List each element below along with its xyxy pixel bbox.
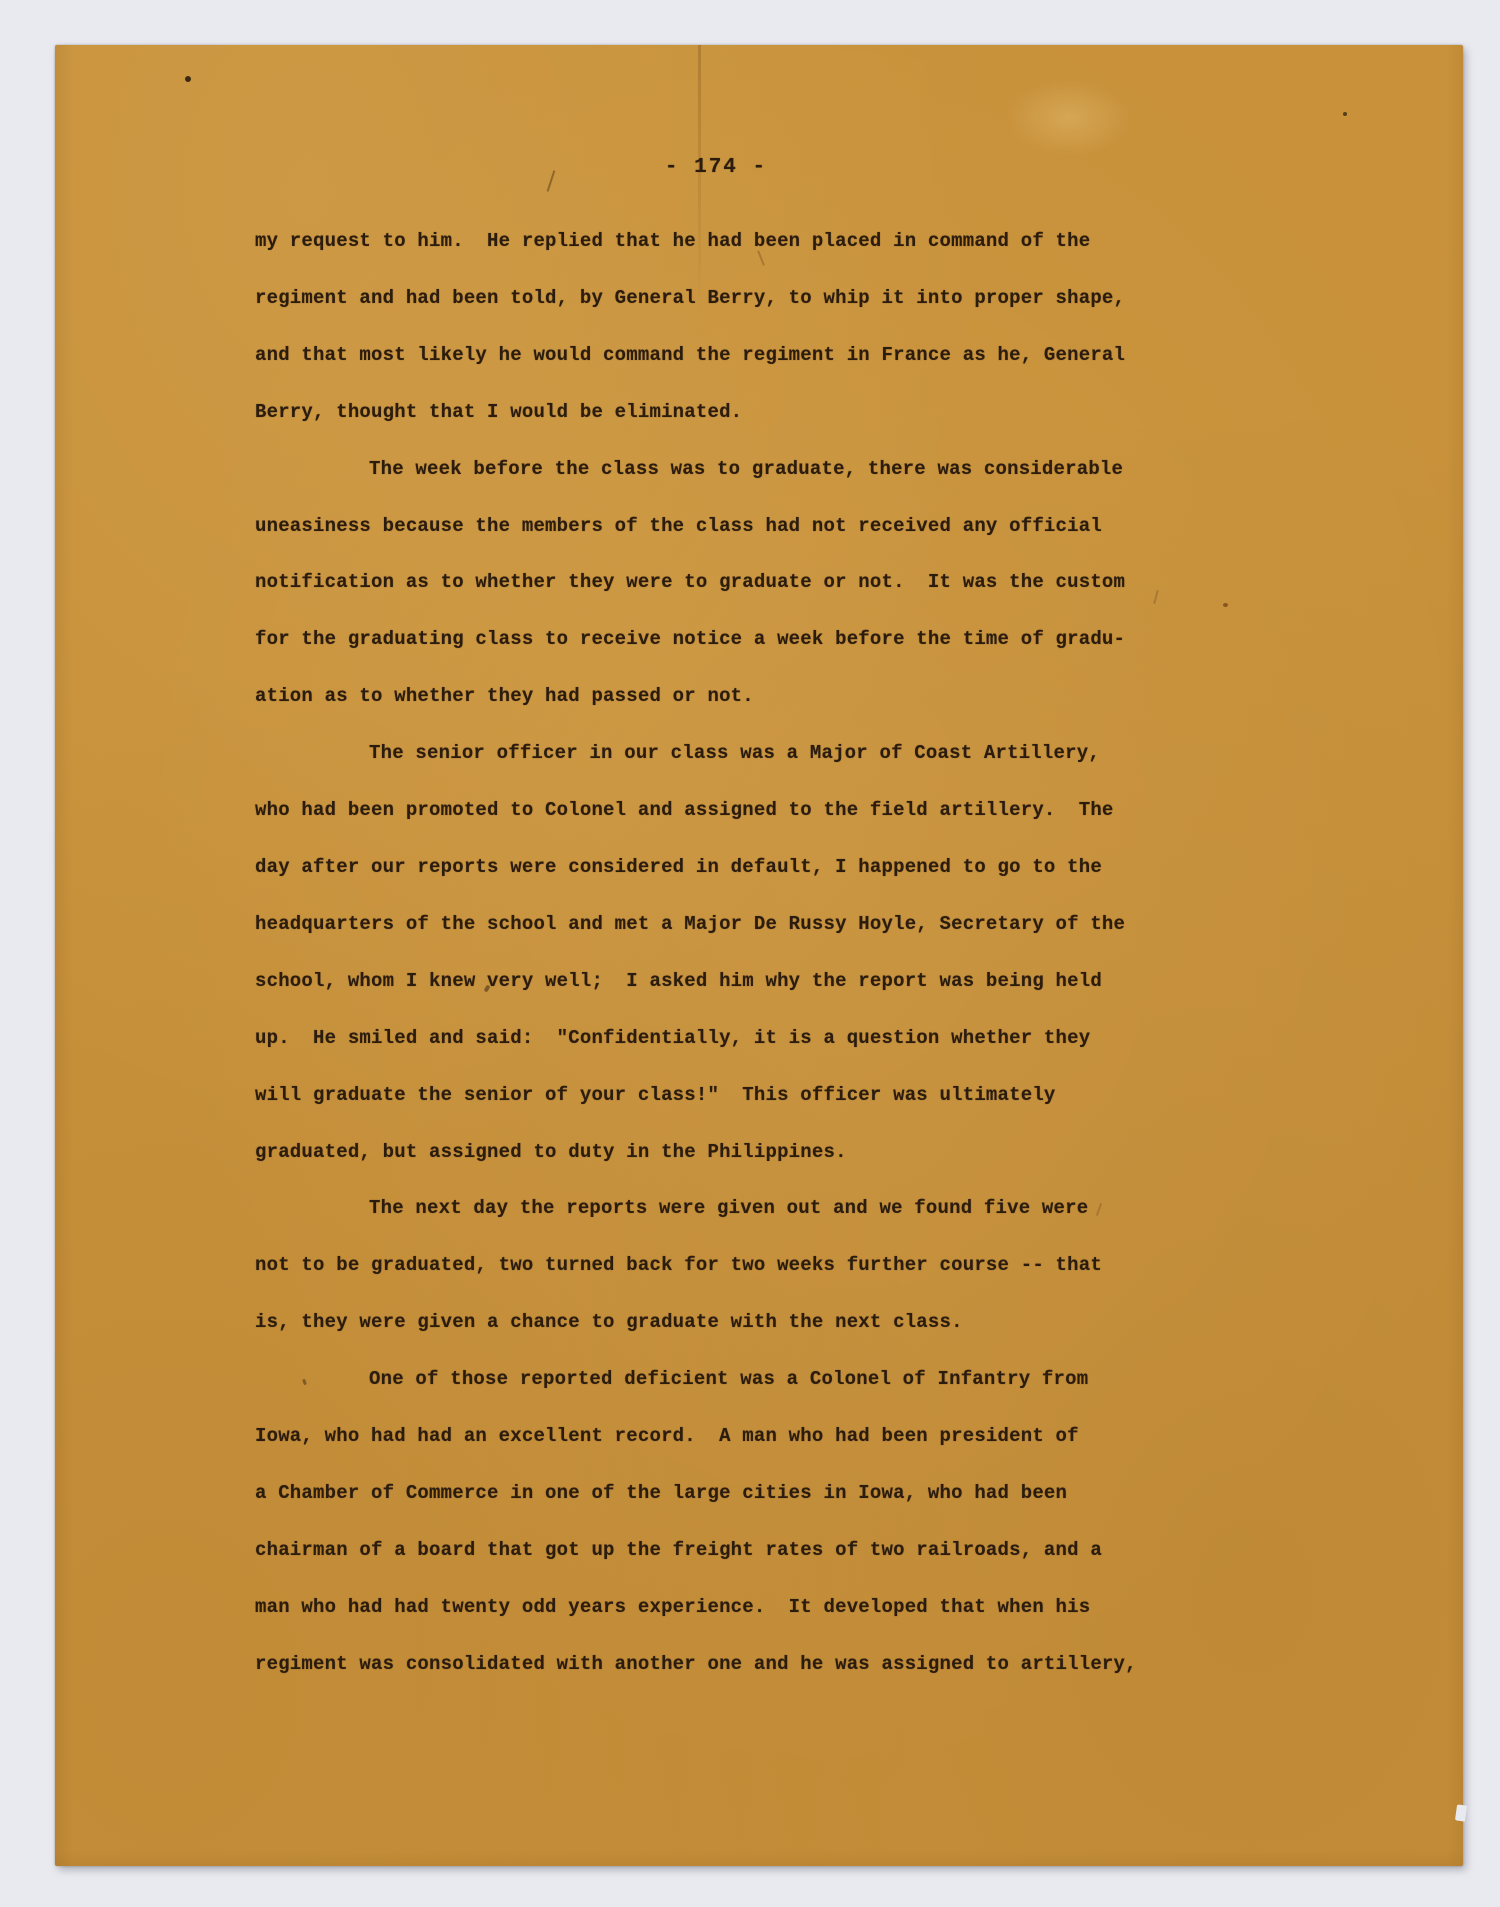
page-number: - 174 -: [55, 153, 1463, 183]
typed-line: graduated, but assigned to duty in the P…: [255, 1124, 1255, 1181]
scan-surface: - 174 - my request to him. He replied th…: [0, 0, 1500, 1907]
typed-line: man who had had twenty odd years experie…: [255, 1579, 1255, 1636]
typed-line: school, whom I knew very well; I asked h…: [255, 953, 1255, 1010]
typed-line: chairman of a board that got up the frei…: [255, 1522, 1255, 1579]
typed-line: The week before the class was to graduat…: [255, 441, 1255, 498]
paper-edge-notch: [1455, 1804, 1467, 1821]
typed-line: notification as to whether they were to …: [255, 554, 1255, 611]
typed-line: Iowa, who had had an excellent record. A…: [255, 1408, 1255, 1465]
typed-line: regiment was consolidated with another o…: [255, 1636, 1255, 1693]
typed-line: for the graduating class to receive noti…: [255, 611, 1255, 668]
typed-line: headquarters of the school and met a Maj…: [255, 896, 1255, 953]
typed-line: Berry, thought that I would be eliminate…: [255, 384, 1255, 441]
typed-line: regiment and had been told, by General B…: [255, 270, 1255, 327]
typed-line: who had been promoted to Colonel and ass…: [255, 782, 1255, 839]
typed-line: a Chamber of Commerce in one of the larg…: [255, 1465, 1255, 1522]
paper-speck: [185, 76, 191, 82]
typed-line: my request to him. He replied that he ha…: [255, 213, 1255, 270]
paper-sheet: - 174 - my request to him. He replied th…: [55, 45, 1463, 1866]
typed-line: and that most likely he would command th…: [255, 327, 1255, 384]
typed-text-block: my request to him. He replied that he ha…: [255, 213, 1255, 1693]
typed-line: uneasiness because the members of the cl…: [255, 498, 1255, 555]
typed-line: is, they were given a chance to graduate…: [255, 1294, 1255, 1351]
typed-line: day after our reports were considered in…: [255, 839, 1255, 896]
typed-line: The senior officer in our class was a Ma…: [255, 725, 1255, 782]
typed-line: The next day the reports were given out …: [255, 1180, 1255, 1237]
typed-line: One of those reported deficient was a Co…: [255, 1351, 1255, 1408]
typed-line: ation as to whether they had passed or n…: [255, 668, 1255, 725]
typed-line: will graduate the senior of your class!"…: [255, 1067, 1255, 1124]
typed-line: up. He smiled and said: "Confidentially,…: [255, 1010, 1255, 1067]
paper-speck: [1343, 112, 1347, 116]
typed-line: not to be graduated, two turned back for…: [255, 1237, 1255, 1294]
